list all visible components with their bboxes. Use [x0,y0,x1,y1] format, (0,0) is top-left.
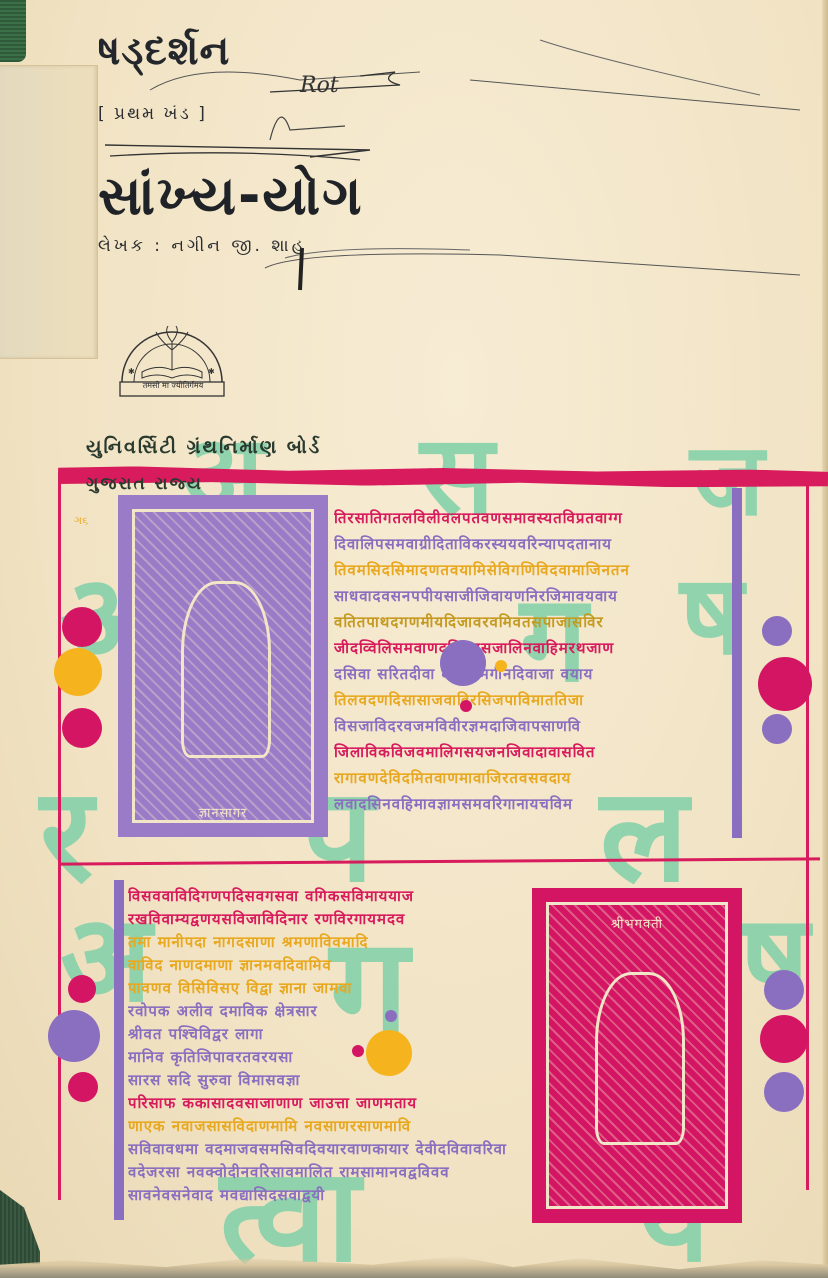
manuscript-line: वदेजरसा नवक्वोदीनवरिसावमालित रामसामानवद्… [128,1162,528,1182]
manuscript-line: जीदव्विलिसमवाणदलिदवसजालिनवाहिमरथजाण [334,638,730,658]
manuscript-line: सावनेवसनेवाद मवद्यासिदसवाद्वयी [128,1185,528,1205]
svg-text:✱: ✱ [128,367,135,376]
svg-text:Rot: Rot [299,73,339,98]
frame-left [58,480,61,1200]
manuscript-line: विसजाविदरवजमविवीरज्ञमदाजिवापसाणवि [334,716,730,736]
dot [495,660,507,672]
dot [68,1072,98,1102]
emblem-motto: तमसो मा ज्योतिर्गमय [124,380,222,391]
manuscript-line: श्रीवत पश्चिविद्वर लागा [128,1024,528,1044]
manuscript-line: रखविवाम्यद्वणयसविजाविदिनार रणविरगायमदव [128,909,528,929]
vertical-bar [732,488,742,838]
volume-label: [ પ્રથમ ખંડ ] [98,104,207,124]
manuscript-line: णाएक नवाजसासविदाणमामि नवसाणरसाणमावि [128,1116,528,1136]
dot [440,640,486,686]
manuscript-line: रवोपक अलीव दमाविक क्षेत्रसार [128,1001,528,1021]
dot [764,1072,804,1112]
frame-right [806,480,809,1190]
manuscript-line: सारस सदि सुरुवा विमासवज्ञा [128,1070,528,1090]
manuscript-line: सविवावधमा वदमाजवसमसिवदिवयारवाणकायार देवी… [128,1139,528,1159]
dot [760,1015,808,1063]
dot [764,970,804,1010]
page-marker: ગ૬ [74,514,88,528]
manuscript-line: तमा मानीपदा नागदसाणा श्रमणाविवमादि [128,932,528,952]
manuscript-line: दसिवा सरितदीवा वणाविमगीनदिवाजा वयाय [334,664,730,684]
dot [758,657,812,711]
vertical-bar [114,880,124,1220]
manuscript-line: विसववाविदिगणपदिसवगसवा वगिकसविमाययाज [128,886,528,906]
deity-figure [595,972,685,1146]
dot [762,714,792,744]
frame-middle [60,857,820,865]
manuscript-line: तिवमसिदसिमादणतवयामिसेविगणिविदवामाजिनतन [334,560,730,580]
dot [352,1045,364,1057]
dot [68,975,96,1003]
dot [54,648,102,696]
bg-glyph: ल [600,770,688,900]
dot [460,700,472,712]
manuscript-line: लवादसिनवहिमावज्ञामसमवरिगानायचविम [334,794,730,814]
panel-caption: ज्ञानसागर [118,803,328,821]
manuscript-line: मानिव कृतिजिपावरतवरयसा [128,1047,528,1067]
author-line: લેખક : નગીન જી. શાહ [98,236,307,256]
top-illustration-panel: ज्ञानसागर [118,495,328,837]
dot [48,1010,100,1062]
manuscript-line: साधवादवसनपपीयसाजीजिवायणनिरजिमावयवाय [334,586,730,606]
publisher-name: યુનિવર્સિટી ગ્રંથનિર્માણ બોર્ડ [86,436,321,458]
svg-text:✱: ✱ [208,367,215,376]
dot [762,616,792,646]
right-edge [822,0,828,1278]
manuscript-line: रागावणदेविदमितवाणमावाजिरतवसवदाय [334,768,730,788]
bg-glyph: र [40,770,93,900]
dot [62,708,102,748]
dot [62,607,102,647]
manuscript-line: परिसाफ ककासादवसाजाणाण जाउत्ता जाणमताय [128,1093,528,1113]
series-title: ષડ્દર્શન [98,28,230,74]
manuscript-line: वाविद नाणदमाणा ज्ञानमवदिवामिव [128,955,528,975]
manuscript-line: तिलवदणदिसासाजवाविरसिजपाविमाततिजा [334,690,730,710]
bottom-illustration-panel: श्रीभगवती [532,888,742,1223]
spine-tape [0,65,98,359]
manuscript-line: वतितपाथदगणमीयदिजावरवमिवतसपाजासविर [334,612,730,632]
spine-cloth-top [0,0,26,62]
manuscript-line: तिरसातिगतलविलीवलपतवणसमावस्यतविप्रतवाग्ग [334,508,730,528]
book-title: સાંખ્ય-યોગ [98,164,364,228]
manuscript-line: पावणव विसिविसए विद्वा ज्ञाना जामवा [128,978,528,998]
publisher-state: ગુજરાત રાજ્ય [86,474,203,494]
panel-caption: श्रीभगवती [532,914,742,932]
dot [385,1010,397,1022]
dot [366,1030,412,1076]
book-cover: Rot ષડ્દર્શન [ પ્રથમ ખંડ ] સાંખ્ય-યોગ લે… [0,0,828,1278]
manuscript-line: जिलाविकविजवमालिगसयजनजिवादावासवित [334,742,730,762]
deity-figure [181,581,271,758]
manuscript-line: दिवालिपसमवाग्रीदिताविकरस्ययवरिन्यापदताना… [334,534,730,554]
